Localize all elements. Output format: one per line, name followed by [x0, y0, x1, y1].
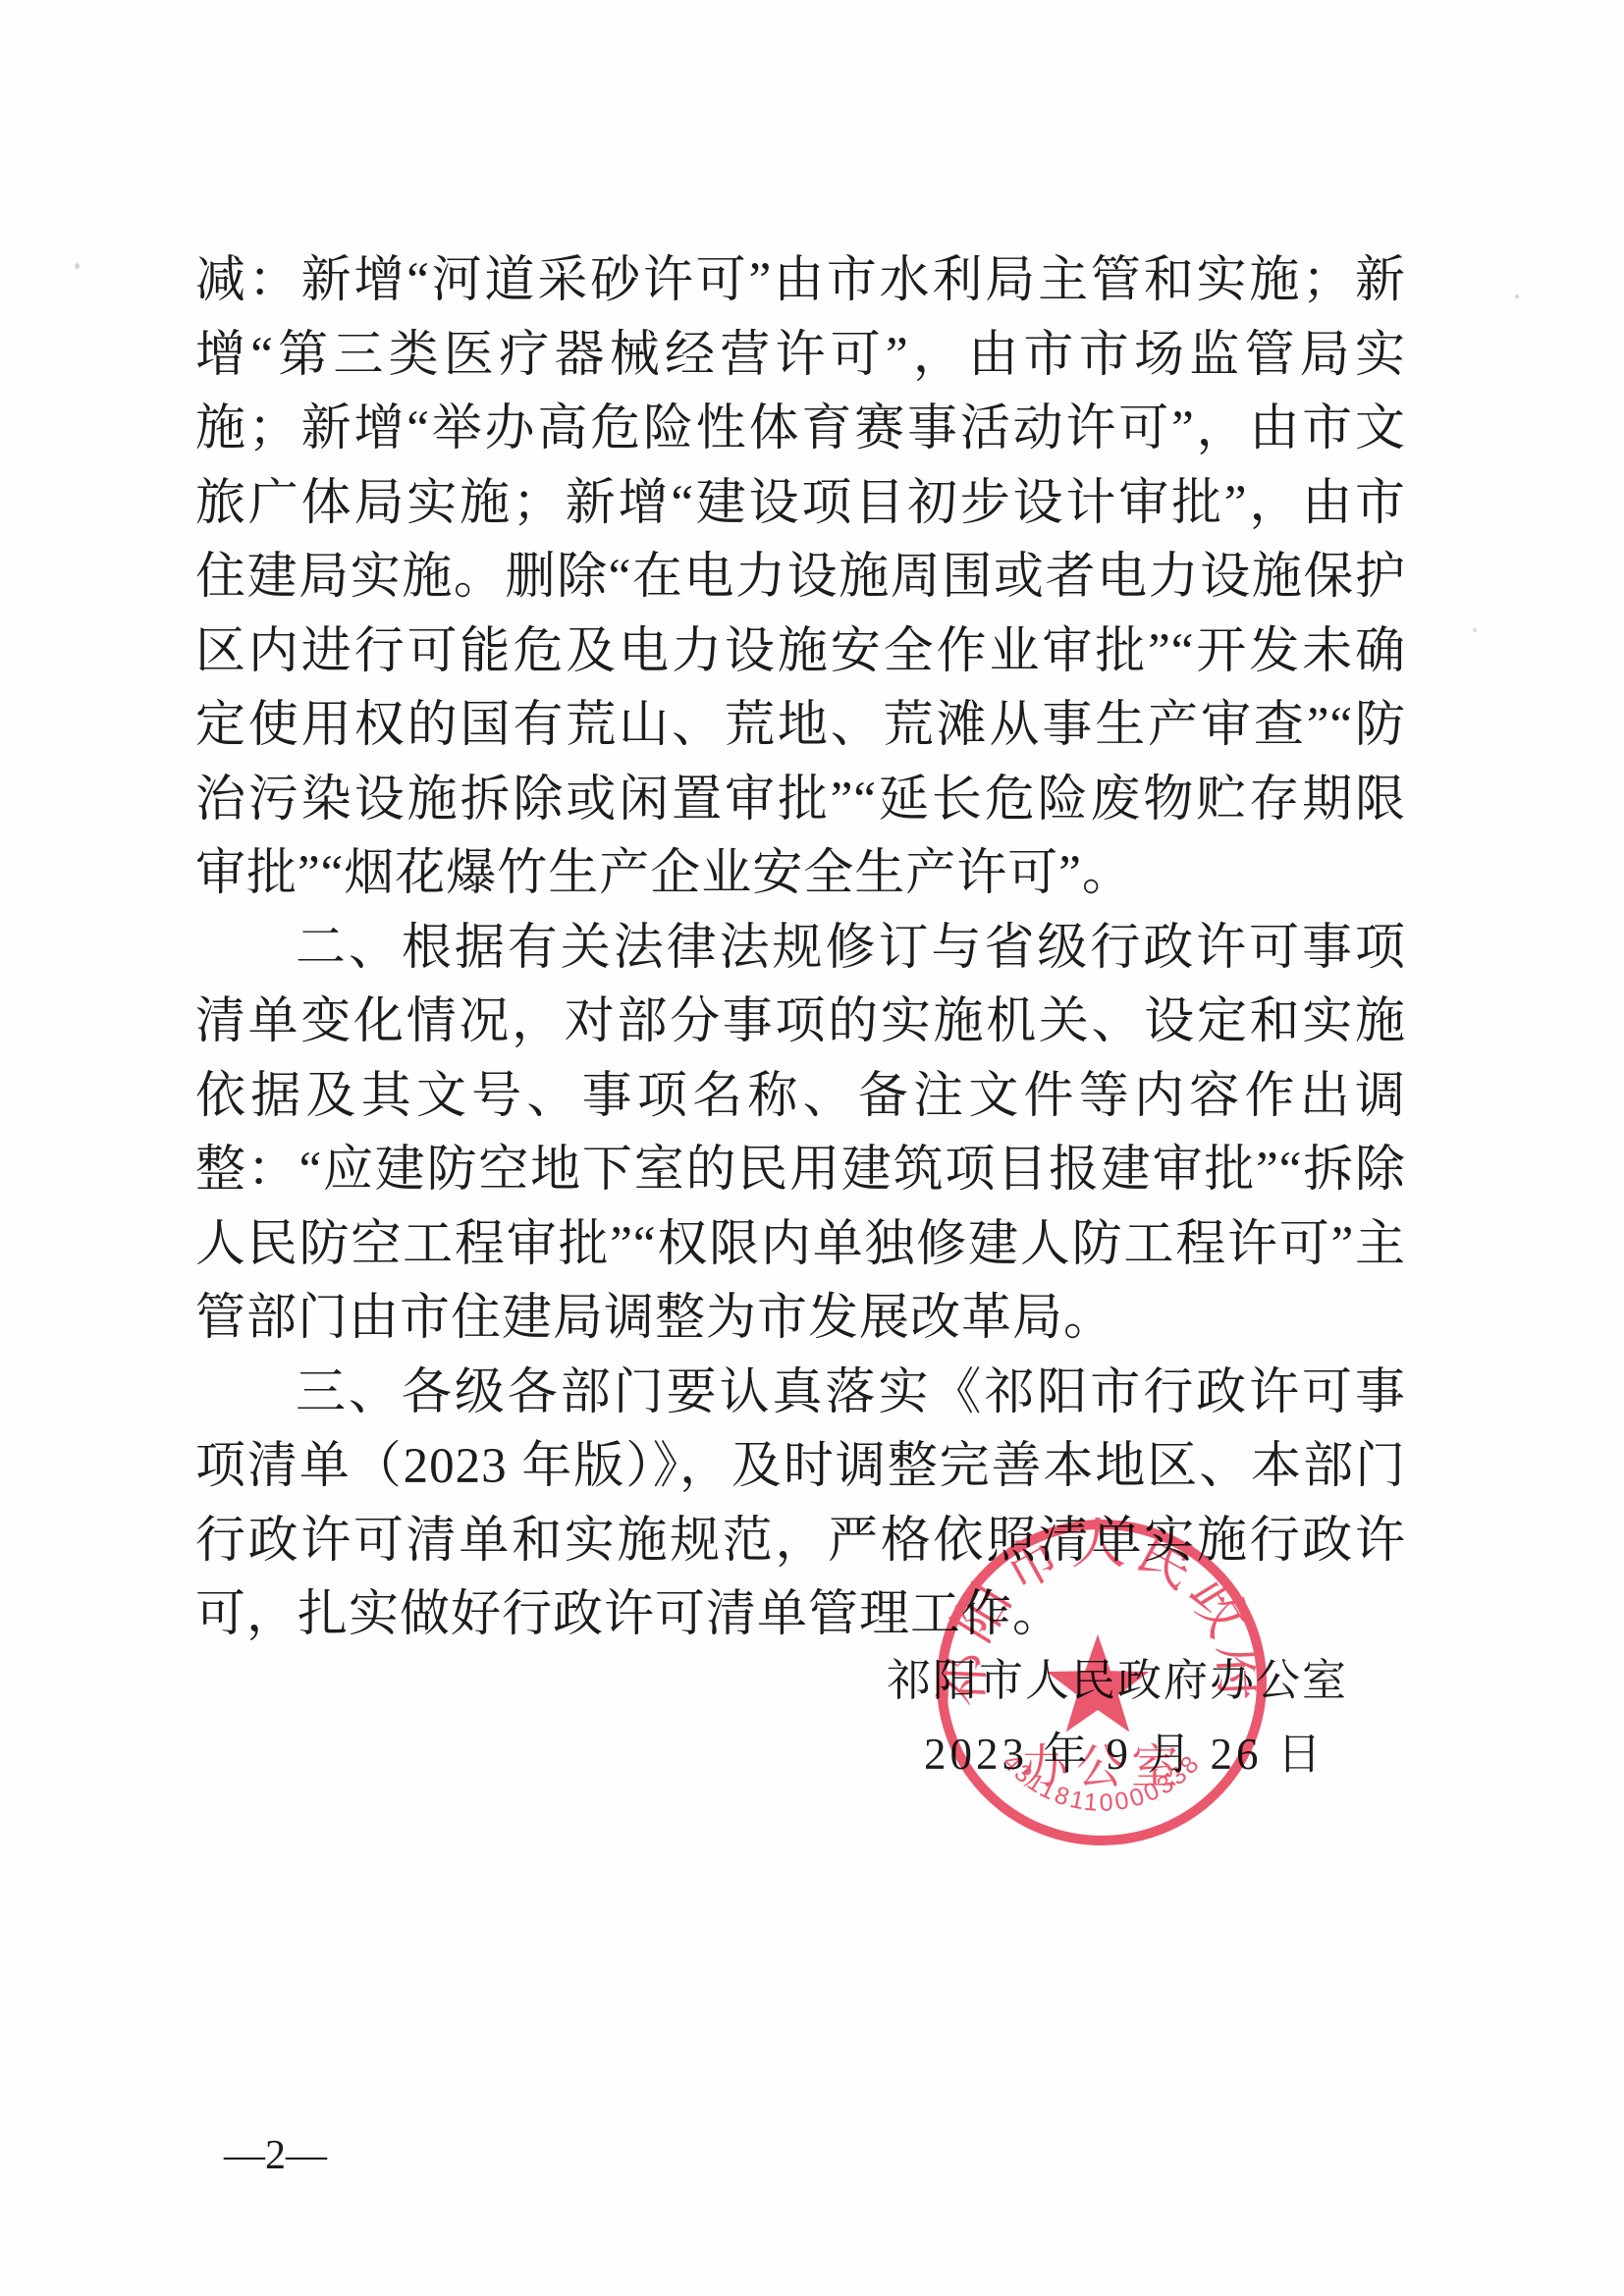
page-number: —2— [224, 2128, 327, 2183]
document-page: 减：新增“河道采砂许可”由市水利局主管和实施；新增“第三类医疗器械经营许可”，由… [0, 0, 1624, 2296]
paragraph: 二、根据有关法律法规修订与省级行政许可事项清单变化情况，对部分事项的实施机关、设… [195, 912, 1406, 1357]
scan-speck [1473, 628, 1477, 632]
scan-speck [1515, 294, 1519, 298]
paragraph: 减：新增“河道采砂许可”由市水利局主管和实施；新增“第三类医疗器械经营许可”，由… [195, 244, 1406, 912]
paragraph: 三、各级各部门要认真落实《祁阳市行政许可事项清单（2023 年版）》，及时调整完… [195, 1357, 1406, 1653]
signature-office: 祁阳市人民政府办公室 [887, 1651, 1348, 1710]
scan-speck [75, 263, 80, 269]
signature-date: 2023 年 9 月 26 日 [924, 1725, 1326, 1784]
body-text: 减：新增“河道采砂许可”由市水利局主管和实施；新增“第三类医疗器械经营许可”，由… [195, 244, 1406, 1653]
